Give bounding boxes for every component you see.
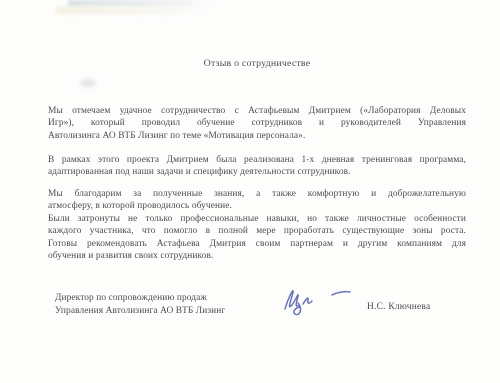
text-line: каждого участника, что помогло в полной …: [48, 225, 466, 237]
text-line: обучения и развития своих сотрудников.: [48, 250, 466, 262]
signatory-role-line: Управления Автолизинга АО ВТБ Лизинг: [55, 305, 285, 318]
signatory-name: Н.С. Ключнева: [367, 302, 467, 312]
text-line: Были затронуты не только профессиональны…: [48, 213, 466, 225]
text-line: Мы благодарим за полученные знания, а та…: [48, 188, 466, 200]
paragraph-2: В рамках этого проекта Дмитрием была реа…: [48, 154, 466, 179]
paragraph-1: Мы отмечаем удачное сотрудничество с Аст…: [48, 105, 466, 142]
scan-smudge: [80, 79, 96, 87]
signatory-role: Директор по сопровождению продаж Управле…: [55, 292, 285, 318]
text-line: Мы отмечаем удачное сотрудничество с Аст…: [48, 105, 466, 117]
scanned-letter-page: Отзыв о сотрудничестве Мы отмечаем удачн…: [0, 0, 500, 383]
paragraph-3: Мы благодарим за полученные знания, а та…: [48, 188, 466, 262]
scan-artifact-streak: [56, 7, 206, 14]
text-line: Игр»), который проводил обучение сотрудн…: [48, 117, 466, 129]
signatory-role-line: Директор по сопровождению продаж: [55, 292, 285, 305]
text-line: Автолизинга АО ВТБ Лизинг по теме «Мотив…: [48, 130, 466, 142]
text-line: атмосферу, в которой проводилось обучени…: [48, 200, 466, 212]
document-title: Отзыв о сотрудничестве: [48, 58, 466, 69]
handwritten-signature: [276, 282, 360, 320]
text-line: В рамках этого проекта Дмитрием была реа…: [48, 154, 466, 166]
text-line: адаптированная под наши задачи и специфи…: [48, 166, 466, 178]
scan-artifact-streak: [68, 0, 213, 6]
text-line: Готовы рекомендовать Астафьева Дмитрия с…: [48, 238, 466, 250]
